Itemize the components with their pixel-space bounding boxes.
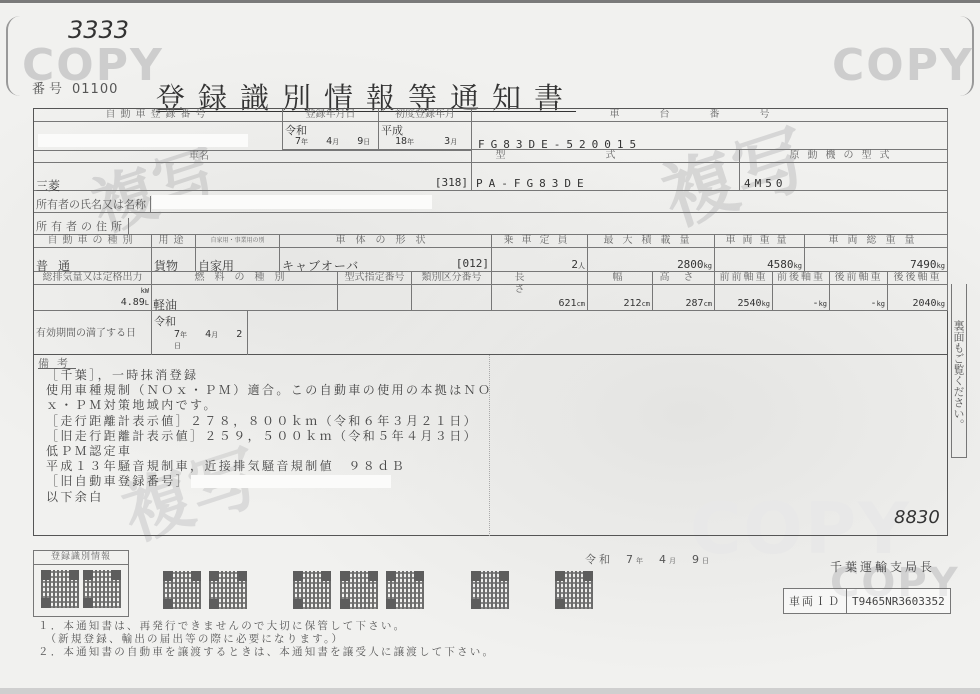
expiry-label-cell: 有効期間の満了する日 (34, 311, 152, 355)
displacement-value: kW 4.89L (34, 285, 152, 311)
unit: 日 (174, 342, 181, 350)
reg-date-value: 令和 7年 4月 9日 (283, 122, 379, 150)
redacted-area (152, 195, 432, 209)
qr-code-icon (340, 571, 378, 609)
type-designation-header: 型式指定番号 (338, 272, 412, 285)
date-parts: 18年 3月 (395, 136, 457, 147)
unit: kg (877, 300, 885, 308)
unit: cm (704, 300, 712, 308)
unit: 月 (669, 557, 679, 565)
max-load: 2800 (677, 258, 704, 271)
displacement-header: 総排気量又は定格出力 (34, 272, 152, 285)
ff-axle-value: 2540kg (715, 285, 773, 311)
qr-code-icon (209, 571, 247, 609)
unit: kg (794, 262, 802, 270)
vehicle-type-header: 自動車の種別 (34, 235, 152, 248)
rf-axle-header: 後前軸重 (830, 272, 888, 285)
width-header: 幅 (588, 272, 653, 285)
max-load-header: 最大積載量 (588, 235, 715, 248)
remarks-list: ［千葉］，一時抹消登録 使用車種規制（ＮＯｘ・ＰＭ）適合。この自動車の使用の本拠… (46, 368, 492, 505)
unit: 人 (578, 262, 585, 270)
unit: 年 (180, 331, 187, 339)
note-line: １．本通知書は、再発行できませんので大切に保管して下さい。 (38, 620, 495, 633)
reg-number-value (34, 122, 283, 150)
issuing-authority: 千葉運輸支局長 (830, 558, 935, 575)
body-shape-cell: キャブオーバ [012] (280, 248, 492, 272)
engine-header: 原動機の型式 (740, 150, 948, 163)
first-reg-header: 初度登録年月 (379, 109, 472, 122)
era: 令和 (585, 553, 613, 566)
vehicle-id-box: 車両ＩＤ T9465NR3603352 (783, 588, 951, 614)
ff-axle: 2540 (737, 298, 761, 309)
unit: 日 (363, 138, 370, 146)
private-business-header: 自家用・事業用の別 (196, 235, 280, 248)
qr-code-icon (386, 571, 424, 609)
expiry-label: 有効期間の満了する日 (36, 324, 136, 339)
unit: kg (937, 262, 945, 270)
displacement: 4.89 (121, 297, 145, 308)
type-designation-value (338, 285, 412, 311)
owner-name-row: 所有者の氏名又は名称 (34, 191, 948, 213)
remarks-section: 備考 ［千葉］，一時抹消登録 使用車種規制（ＮＯｘ・ＰＭ）適合。この自動車の使用… (33, 355, 948, 536)
fr-axle-value: -kg (773, 285, 830, 311)
redacted-area (38, 134, 248, 147)
fuel-header: 燃料の種別 (152, 272, 338, 285)
date-parts: 7年 4月 9日 (295, 136, 370, 147)
qr-code-icon (163, 571, 201, 609)
remark-line: 以下余白 (46, 490, 492, 505)
expiry-value: 令和 7年 4月 2日 (152, 311, 248, 355)
unit: 年 (301, 138, 308, 146)
owner-name-label: 所有者の氏名又は名称 (36, 196, 151, 212)
year: 7 (626, 553, 636, 566)
remark-line: ［千葉］，一時抹消登録 (46, 368, 492, 383)
chassis-number: FG83DE-520015 (472, 122, 948, 150)
remark-line: 使用車種規制（ＮＯｘ・ＰＭ）適合。この自動車の使用の本拠はＮＯ (46, 383, 492, 398)
fuel-cell: 軽油 (152, 285, 338, 311)
private-business-cell: 自家用 (196, 248, 280, 272)
vehicle-weight-value: 4580kg (715, 248, 805, 272)
unit: L (145, 299, 149, 307)
unit: kg (937, 300, 945, 308)
registration-table: 自動車登録番号 登録年月日 初度登録年月 車台番号 令和 7年 4月 9日 平成… (33, 108, 948, 355)
vehicle-id-label: 車両ＩＤ (784, 589, 847, 613)
month: 4 (659, 553, 669, 566)
registration-info-qr-box: 登録識別情報 (33, 550, 129, 617)
length-header: 長さ (492, 272, 588, 285)
unit: 年 (636, 557, 646, 565)
body-code: [012] (456, 257, 489, 270)
document-number-value: 01100 (72, 82, 118, 97)
see-reverse-note: 裏面もご覧ください。 (951, 284, 967, 458)
length: 621 (559, 298, 577, 309)
car-name-header-text: 車名 (189, 151, 209, 163)
ff-axle-header: 前前軸重 (715, 272, 773, 285)
note-line: ２．本通知書の自動車を譲渡するときは、本通知書を譲受人に譲渡して下さい。 (38, 646, 495, 659)
day: 2 (236, 329, 242, 340)
copy-watermark: COPY (832, 40, 974, 91)
unit: cm (642, 300, 650, 308)
car-name-header: 車名 (34, 150, 472, 163)
unit: kg (819, 300, 827, 308)
owner-address-label: 所有者の住所 (36, 218, 129, 234)
date-parts: 7年 4月 2日 (174, 329, 247, 351)
day: 9 (692, 553, 702, 566)
car-name-code: [318] (435, 176, 468, 189)
unit: cm (577, 300, 585, 308)
chassis-header: 車台番号 (472, 109, 948, 122)
unit: 日 (702, 557, 712, 565)
handwritten-note-top: 3333 (68, 16, 129, 44)
qr-code-icon (293, 571, 331, 609)
category-number-value (412, 285, 492, 311)
remark-line: ［旧自動車登録番号］ (46, 474, 492, 489)
unit: 月 (211, 331, 218, 339)
model-header: 型式 (472, 150, 740, 163)
handwritten-note-bottom: 8830 (894, 507, 940, 528)
unit: 月 (332, 138, 339, 146)
category-number-header: 類別区分番号 (412, 272, 492, 285)
vehicle-id-value: T9465NR3603352 (847, 589, 950, 613)
height-header: 高さ (653, 272, 715, 285)
qr-code-icon (555, 571, 593, 609)
gross-weight-header: 車両総重量 (805, 235, 948, 248)
rr-axle-header: 後後軸重 (888, 272, 948, 285)
remark-line: ［走行距離計表示値］２７８，８００ｋｍ（令和６年３月２１日） (46, 414, 492, 429)
remark-line-text: ［旧自動車登録番号］ (46, 474, 190, 488)
qr-code-icon (41, 570, 79, 608)
width: 212 (624, 298, 642, 309)
reg-number-header: 自動車登録番号 (34, 109, 283, 122)
capacity: 2 (571, 258, 578, 271)
remark-line: ［旧走行距離計表示値］２５９，５００ｋｍ（令和５年４月３日） (46, 429, 492, 444)
model-value: PA-FG83DE (472, 163, 740, 191)
unit: kg (762, 300, 770, 308)
unit: 月 (450, 138, 457, 146)
usage-header: 用途 (152, 235, 196, 248)
scan-edge-bottom (0, 688, 980, 694)
car-name-cell: 三菱 [318] (34, 163, 472, 191)
document-number-label: 番号 (32, 82, 66, 97)
scan-edge-top (0, 0, 980, 3)
qr-code-icon (471, 571, 509, 609)
rr-axle-value: 2040kg (888, 285, 948, 311)
capacity-header: 乗車定員 (492, 235, 588, 248)
height: 287 (686, 298, 704, 309)
reg-date-header: 登録年月日 (283, 109, 379, 122)
vehicle-type-cell: 普通 (34, 248, 152, 272)
owner-address-row: 所有者の住所 (34, 213, 948, 235)
height-value: 287cm (653, 285, 715, 311)
width-value: 212cm (588, 285, 653, 311)
era: 令和 (154, 313, 176, 329)
redacted-area (191, 475, 391, 488)
vehicle-weight-header: 車両重量 (715, 235, 805, 248)
unit: 年 (407, 138, 414, 146)
footer-notes: １．本通知書は、再発行できませんので大切に保管して下さい。 （新規登録、輸出の届… (38, 620, 495, 659)
qr-code-icon (83, 570, 121, 608)
body-shape-header: 車体の形状 (280, 235, 492, 248)
vehicle-weight: 4580 (767, 258, 794, 271)
year: 18 (395, 136, 407, 147)
unit: kW (141, 287, 149, 295)
qr-box-label: 登録識別情報 (34, 551, 128, 565)
gross-weight: 7490 (910, 258, 937, 271)
remark-line: 低ＰＭ認定車 (46, 444, 492, 459)
unit: kg (704, 262, 712, 270)
capacity-value: 2人 (492, 248, 588, 272)
usage-cell: 貨物 (152, 248, 196, 272)
engine-model-value: 4M50 (740, 163, 948, 191)
max-load-value: 2800kg (588, 248, 715, 272)
rf-axle-value: -kg (830, 285, 888, 311)
note-line: （新規登録、輸出の届出等の際に必要になります。） (38, 633, 495, 646)
length-value: 621cm (492, 285, 588, 311)
remark-line: ｘ・ＰＭ対策地域内です。 (46, 398, 492, 413)
first-reg-value: 平成 18年 3月 (379, 122, 472, 150)
gross-weight-value: 7490kg (805, 248, 948, 272)
document-number: 番号01100 (32, 78, 118, 97)
remark-line: 平成１３年騒音規制車，近接排気騒音規制値 ９８ｄＢ (46, 459, 492, 474)
issue-date: 令和 7年 4月 9日 (585, 551, 712, 567)
rr-axle: 2040 (912, 298, 936, 309)
fr-axle-header: 前後軸重 (773, 272, 830, 285)
